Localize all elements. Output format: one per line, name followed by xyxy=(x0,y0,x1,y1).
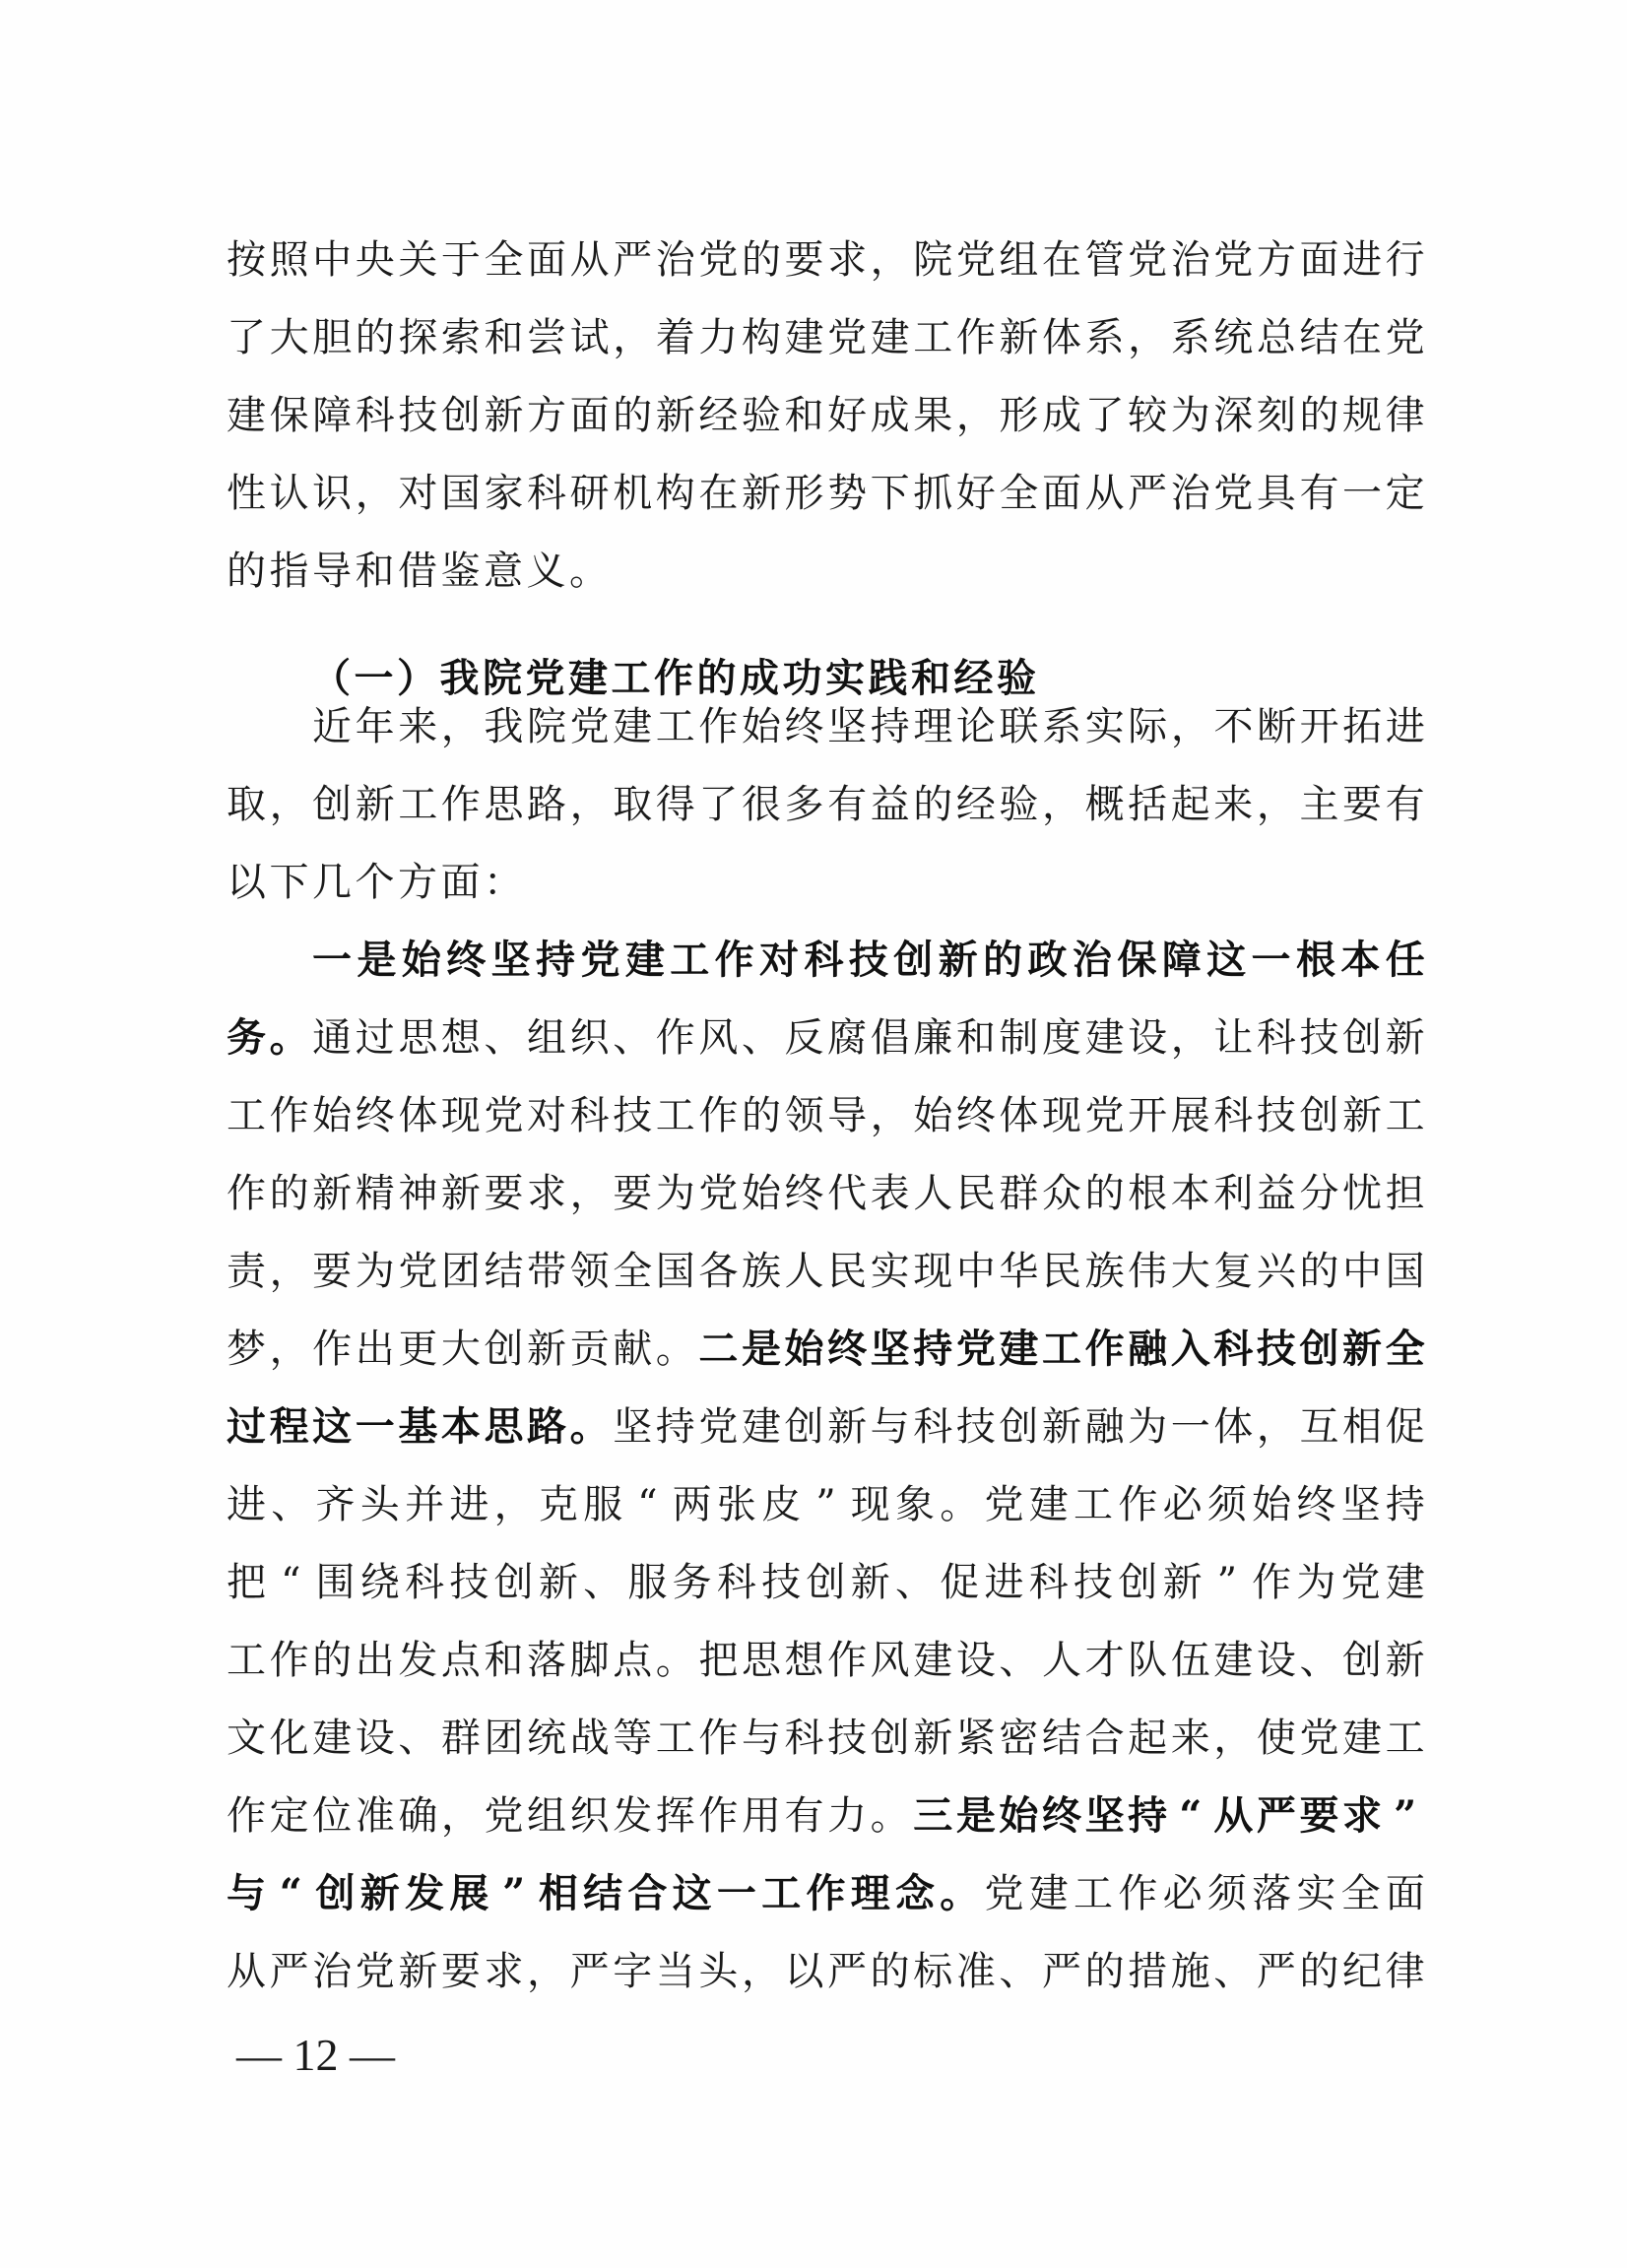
char: 作 xyxy=(956,315,996,360)
bold-char: 功 xyxy=(783,656,822,701)
bold-char: ） xyxy=(397,656,436,701)
bold-char: 。 xyxy=(940,1871,979,1916)
char: 施 xyxy=(1171,1949,1210,1994)
char: 思 xyxy=(398,1015,437,1061)
char: 形 xyxy=(785,471,824,516)
char: 终 xyxy=(785,1171,824,1216)
char: ， xyxy=(570,782,610,827)
char: 鉴 xyxy=(441,549,481,594)
char: 我 xyxy=(484,704,523,749)
char: 头 xyxy=(698,1949,738,1994)
char: 设 xyxy=(956,1638,996,1683)
char: 当 xyxy=(656,1949,695,1994)
char: 面 xyxy=(1386,1871,1425,1916)
bold-char: 科 xyxy=(804,938,843,983)
char: 组 xyxy=(999,237,1038,283)
bold-char: “ xyxy=(271,1871,310,1916)
char: 党 xyxy=(956,237,996,283)
char: ， xyxy=(570,1171,610,1216)
char: ， xyxy=(1257,1404,1296,1450)
bold-char: 这 xyxy=(1206,938,1246,983)
char: 作 xyxy=(1118,1482,1157,1527)
char: 作 xyxy=(698,1093,738,1138)
char: 思 xyxy=(742,1638,781,1683)
char: 刻 xyxy=(1257,393,1296,438)
char: 严 xyxy=(827,1949,867,1994)
char: 新 xyxy=(527,1327,566,1372)
char: 体 xyxy=(1213,1404,1253,1450)
text-line: 把“围绕科技创新、服务科技创新、促进科技创新”作为党建 xyxy=(227,1560,1425,1605)
char: 和 xyxy=(484,1638,523,1683)
char: 严 xyxy=(1257,1949,1296,1994)
char: 科 xyxy=(1029,1560,1069,1605)
char: 克 xyxy=(539,1482,578,1527)
char: 党 xyxy=(1386,315,1425,360)
char: 始 xyxy=(312,1093,352,1138)
char: 民 xyxy=(1042,1249,1081,1294)
char: 组 xyxy=(527,1793,566,1839)
char: 绕 xyxy=(360,1560,400,1605)
char: 新 xyxy=(484,393,523,438)
char: ， xyxy=(871,237,910,283)
char: 新 xyxy=(742,471,781,516)
char: 导 xyxy=(827,1093,867,1138)
char: 始 xyxy=(1252,1482,1291,1527)
char: 科 xyxy=(356,393,395,438)
char: 在 xyxy=(1042,237,1081,283)
char: 坚 xyxy=(827,704,867,749)
bold-char: 新 xyxy=(939,938,978,983)
char: 成 xyxy=(871,393,910,438)
char: 作 xyxy=(656,1015,695,1061)
char: 了 xyxy=(1085,393,1125,438)
char: 党 xyxy=(484,1793,523,1839)
char: 两 xyxy=(673,1482,712,1527)
char: 党 xyxy=(698,1404,738,1450)
char: 党 xyxy=(985,1482,1024,1527)
char: 和 xyxy=(785,393,824,438)
char: 为 xyxy=(1128,1404,1167,1450)
bold-char: 这 xyxy=(312,1404,352,1450)
char: 建 xyxy=(1342,1716,1382,1761)
char: ： xyxy=(484,860,523,905)
char: 作 xyxy=(1252,1560,1291,1605)
char: 作 xyxy=(312,1327,352,1372)
char: 中 xyxy=(312,237,352,283)
bold-char: 政 xyxy=(1028,938,1068,983)
char: 实 xyxy=(1296,1871,1335,1916)
char: 想 xyxy=(785,1638,824,1683)
bold-char: ” xyxy=(494,1871,534,1916)
char: 献 xyxy=(613,1327,652,1372)
char: 进 xyxy=(1342,237,1382,283)
char: 新 xyxy=(312,1171,352,1216)
char: 和 xyxy=(484,315,523,360)
char: 形 xyxy=(999,393,1038,438)
char: 益 xyxy=(1257,1171,1296,1216)
char: 党 xyxy=(1085,1093,1125,1138)
char: 下 xyxy=(871,471,910,516)
char: 通 xyxy=(312,1015,352,1061)
char: 反 xyxy=(785,1015,824,1061)
char: 系 xyxy=(1171,315,1210,360)
bold-char: 建 xyxy=(568,656,608,701)
char: 路 xyxy=(527,782,566,827)
char: 梦 xyxy=(227,1327,266,1372)
char: 工 xyxy=(1386,1093,1425,1138)
bold-char: 终 xyxy=(827,1327,867,1372)
bold-char: 相 xyxy=(539,1871,578,1916)
char: 新 xyxy=(913,1716,952,1761)
char: 人 xyxy=(913,1171,952,1216)
char: 工 xyxy=(227,1638,266,1683)
bold-char: 作 xyxy=(715,938,754,983)
char: 确 xyxy=(398,1793,437,1839)
char: 等 xyxy=(613,1716,652,1761)
char: 创 xyxy=(785,1404,824,1450)
char: 、 xyxy=(583,1560,622,1605)
char: 创 xyxy=(494,1560,534,1605)
char: 建 xyxy=(785,315,824,360)
char: 性 xyxy=(227,471,266,516)
char: 义 xyxy=(527,549,566,594)
char: 创 xyxy=(484,1327,523,1372)
char: 度 xyxy=(1042,1015,1081,1061)
char: 关 xyxy=(398,237,437,283)
char: “ xyxy=(627,1482,667,1527)
char: 探 xyxy=(398,315,437,360)
char: 院 xyxy=(527,704,566,749)
char: ， xyxy=(270,782,309,827)
char: 按 xyxy=(227,237,266,283)
char: 党 xyxy=(1213,237,1253,283)
char: 党 xyxy=(1128,237,1167,283)
char: 必 xyxy=(1163,1871,1203,1916)
char: 国 xyxy=(656,1249,695,1294)
char: 点 xyxy=(441,1638,481,1683)
char: 作 xyxy=(698,1716,738,1761)
bold-char: 程 xyxy=(270,1404,309,1450)
document-page: 按照中央关于全面从严治党的要求，院党组在管党治党方面进行了大胆的探索和尝试，着力… xyxy=(0,0,1627,2268)
bold-char: 的 xyxy=(983,938,1022,983)
bold-char: 工 xyxy=(761,1871,801,1916)
bold-char: 基 xyxy=(398,1404,437,1450)
char: 要 xyxy=(613,1171,652,1216)
char: 风 xyxy=(698,1015,738,1061)
char: 进 xyxy=(1386,704,1425,749)
bold-char: 党 xyxy=(956,1327,996,1372)
char: 建 xyxy=(1029,1871,1069,1916)
char: 要 xyxy=(1342,782,1382,827)
char: 技 xyxy=(398,393,437,438)
char: 经 xyxy=(956,782,996,827)
char: 担 xyxy=(1386,1171,1425,1216)
char: 始 xyxy=(742,704,781,749)
char: ， xyxy=(1128,315,1167,360)
char: 好 xyxy=(827,393,867,438)
char: 几 xyxy=(312,860,352,905)
char: 作 xyxy=(1118,1871,1157,1916)
char: 作 xyxy=(227,1171,266,1216)
char: 在 xyxy=(1342,315,1382,360)
char: 合 xyxy=(1085,1716,1125,1761)
char: 精 xyxy=(356,1171,395,1216)
char: 挥 xyxy=(656,1793,695,1839)
char: 好 xyxy=(956,471,996,516)
char: 建 xyxy=(871,315,910,360)
char: 一 xyxy=(1342,471,1382,516)
bold-char: 坚 xyxy=(1085,1793,1125,1839)
char: 持 xyxy=(871,704,910,749)
char: 创 xyxy=(312,782,352,827)
char: 让 xyxy=(1213,1015,1253,1061)
char: 于 xyxy=(441,237,481,283)
char: 管 xyxy=(1085,237,1125,283)
char: 制 xyxy=(999,1015,1038,1061)
char: 创 xyxy=(1342,1015,1382,1061)
char: 新 xyxy=(356,782,395,827)
char: 技 xyxy=(1257,1093,1296,1138)
bold-char: 终 xyxy=(446,938,486,983)
char: 新 xyxy=(1386,1638,1425,1683)
char: 科 xyxy=(405,1560,444,1605)
char: 的 xyxy=(1299,393,1338,438)
char: 为 xyxy=(656,1171,695,1216)
char: 兴 xyxy=(1257,1249,1296,1294)
char: 坚 xyxy=(1341,1482,1381,1527)
char: 终 xyxy=(356,1093,395,1138)
bold-char: 经 xyxy=(954,656,994,701)
char: 位 xyxy=(312,1793,352,1839)
bold-char: 践 xyxy=(869,656,908,701)
char: 伟 xyxy=(1128,1249,1167,1294)
char: 体 xyxy=(999,1093,1038,1138)
char: 持 xyxy=(656,1404,695,1450)
bold-char: 本 xyxy=(1340,938,1380,983)
bold-char: 保 xyxy=(1117,938,1156,983)
text-line: 了大胆的探索和尝试，着力构建党建工作新体系，系统总结在党 xyxy=(227,315,1425,360)
char: 导 xyxy=(312,549,352,594)
char: 创 xyxy=(806,1560,845,1605)
char: 系 xyxy=(1085,315,1125,360)
char: 创 xyxy=(1299,1093,1338,1138)
char: ， xyxy=(270,1327,309,1372)
char: 从 xyxy=(570,237,610,283)
char: 有 xyxy=(1386,782,1425,827)
char: 科 xyxy=(570,1093,610,1138)
char: 建 xyxy=(312,1716,352,1761)
char: 创 xyxy=(1342,1638,1382,1683)
char: 表 xyxy=(871,1171,910,1216)
char: 技 xyxy=(1074,1560,1113,1605)
char: 体 xyxy=(1042,315,1081,360)
char: 技 xyxy=(761,1560,801,1605)
char: 文 xyxy=(227,1716,266,1761)
bold-char: 作 xyxy=(806,1871,845,1916)
char: 的 xyxy=(227,549,266,594)
char: 建 xyxy=(1029,1482,1069,1527)
char: 始 xyxy=(742,1171,781,1216)
char: 院 xyxy=(913,237,952,283)
char: 工 xyxy=(1074,1871,1113,1916)
char: 出 xyxy=(356,1638,395,1683)
char: 族 xyxy=(1085,1249,1125,1294)
text-line: 工作始终体现党对科技工作的领导，始终体现党开展科技创新工 xyxy=(227,1093,1425,1138)
char: 障 xyxy=(312,393,352,438)
char: 。 xyxy=(656,1327,695,1372)
text-line: 与“创新发展”相结合这一工作理念。党建工作必须落实全面 xyxy=(227,1871,1425,1916)
char: 识 xyxy=(312,471,352,516)
char: 经 xyxy=(698,393,738,438)
bold-char: 是 xyxy=(742,1327,781,1372)
bold-char: 工 xyxy=(1042,1327,1081,1372)
bold-char: 求 xyxy=(1342,1793,1382,1839)
bold-char: 是 xyxy=(357,938,396,983)
char: 用 xyxy=(742,1793,781,1839)
bold-char: 路 xyxy=(527,1404,566,1450)
char: 促 xyxy=(940,1560,979,1605)
char: 皮 xyxy=(761,1482,801,1527)
char: 华 xyxy=(999,1249,1038,1294)
bold-char: 要 xyxy=(1299,1793,1338,1839)
char: 概 xyxy=(1085,782,1125,827)
char: 的 xyxy=(742,1093,781,1138)
char: 建 xyxy=(1213,1638,1253,1683)
char: 了 xyxy=(698,782,738,827)
char: 字 xyxy=(613,1949,652,1994)
char: 要 xyxy=(312,1249,352,1294)
bold-char: 合 xyxy=(627,1871,667,1916)
bold-char: 终 xyxy=(1042,1793,1081,1839)
char: 面 xyxy=(1042,471,1081,516)
char: 严 xyxy=(1042,1949,1081,1994)
char: 从 xyxy=(1085,471,1125,516)
char: 纪 xyxy=(1342,1949,1382,1994)
bold-char: 治 xyxy=(1073,938,1112,983)
char: 得 xyxy=(656,782,695,827)
char: 求 xyxy=(827,237,867,283)
char: 的 xyxy=(1299,1249,1338,1294)
char: 才 xyxy=(1085,1638,1125,1683)
char: 化 xyxy=(270,1716,309,1761)
bold-char: 始 xyxy=(999,1793,1038,1839)
char: 工 xyxy=(398,782,437,827)
char: 与 xyxy=(871,1404,910,1450)
char: 工 xyxy=(913,315,952,360)
char: ， xyxy=(356,471,395,516)
char: 带 xyxy=(527,1249,566,1294)
char: 紧 xyxy=(956,1716,996,1761)
char: 标 xyxy=(913,1949,952,1994)
char: 有 xyxy=(1299,471,1338,516)
char: 主 xyxy=(1299,782,1338,827)
char: 队 xyxy=(1128,1638,1167,1683)
text-line: 以下几个方面： xyxy=(227,860,1425,905)
char: 脚 xyxy=(570,1638,610,1683)
char: 忧 xyxy=(1342,1171,1382,1216)
char: 神 xyxy=(398,1171,437,1216)
char: 为 xyxy=(356,1249,395,1294)
char: 新 xyxy=(1042,1404,1081,1450)
char: 的 xyxy=(613,393,652,438)
char: 想 xyxy=(441,1015,481,1061)
text-line: 建保障科技创新方面的新经验和好成果，形成了较为深刻的规律 xyxy=(227,393,1425,438)
char: 思 xyxy=(484,782,523,827)
char: 着 xyxy=(656,315,695,360)
char: 分 xyxy=(1299,1171,1338,1216)
char: 群 xyxy=(999,1171,1038,1216)
char: 准 xyxy=(356,1793,395,1839)
char: 工 xyxy=(656,1716,695,1761)
char: 拓 xyxy=(1342,704,1382,749)
char: 起 xyxy=(1128,1716,1167,1761)
char: 廉 xyxy=(913,1015,952,1061)
bold-char: 创 xyxy=(316,1871,356,1916)
bold-char: 根 xyxy=(1296,938,1335,983)
char: 全 xyxy=(613,1249,652,1294)
char: 准 xyxy=(956,1949,996,1994)
char: 党 xyxy=(570,704,610,749)
char: 开 xyxy=(1300,704,1339,749)
char: 新 xyxy=(851,1560,890,1605)
bold-char: 是 xyxy=(956,1793,996,1839)
char: 持 xyxy=(1386,1482,1425,1527)
char: ， xyxy=(1171,1015,1210,1061)
char: 多 xyxy=(785,782,824,827)
char: 。 xyxy=(871,1793,910,1839)
char: ， xyxy=(494,1482,534,1527)
char: 以 xyxy=(785,1949,824,1994)
char: 工 xyxy=(656,1093,695,1138)
text-line: 梦，作出更大创新贡献。二是始终坚持党建工作融入科技创新全 xyxy=(227,1327,1425,1372)
char: 治 xyxy=(312,1949,352,1994)
char: ， xyxy=(871,1093,910,1138)
text-line: 的指导和借鉴意义。 xyxy=(227,549,1425,594)
char: 实 xyxy=(871,1249,910,1294)
text-line: 按照中央关于全面从严治党的要求，院党组在管党治党方面进行 xyxy=(227,237,1425,283)
char: 括 xyxy=(1128,782,1167,827)
char: 技 xyxy=(827,1716,867,1761)
char: 、 xyxy=(271,1482,310,1527)
char: 结 xyxy=(484,1249,523,1294)
char: 服 xyxy=(583,1482,622,1527)
char: 根 xyxy=(1128,1171,1167,1216)
bold-char: 作 xyxy=(1085,1327,1125,1372)
char: 一 xyxy=(1171,1404,1210,1450)
bold-char: 坚 xyxy=(871,1327,910,1372)
char: 科 xyxy=(717,1560,756,1605)
bold-char: 融 xyxy=(1128,1327,1167,1372)
bold-char: 发 xyxy=(405,1871,444,1916)
bold-char: 新 xyxy=(1342,1327,1382,1372)
char: 设 xyxy=(356,1716,395,1761)
char: ， xyxy=(441,1793,481,1839)
char: 取 xyxy=(227,782,266,827)
char: 机 xyxy=(613,471,652,516)
text-line: 过程这一基本思路。坚持党建创新与科技创新融为一体，互相促 xyxy=(227,1404,1425,1450)
char: 借 xyxy=(398,549,437,594)
char: 与 xyxy=(742,1716,781,1761)
char: 为 xyxy=(1171,393,1210,438)
char: 作 xyxy=(698,1793,738,1839)
char: 人 xyxy=(1042,1638,1081,1683)
char: 治 xyxy=(656,237,695,283)
char: 贡 xyxy=(570,1327,610,1372)
char: 和 xyxy=(356,549,395,594)
char: 工 xyxy=(656,704,695,749)
char: 求 xyxy=(527,1171,566,1216)
char: 密 xyxy=(999,1716,1038,1761)
